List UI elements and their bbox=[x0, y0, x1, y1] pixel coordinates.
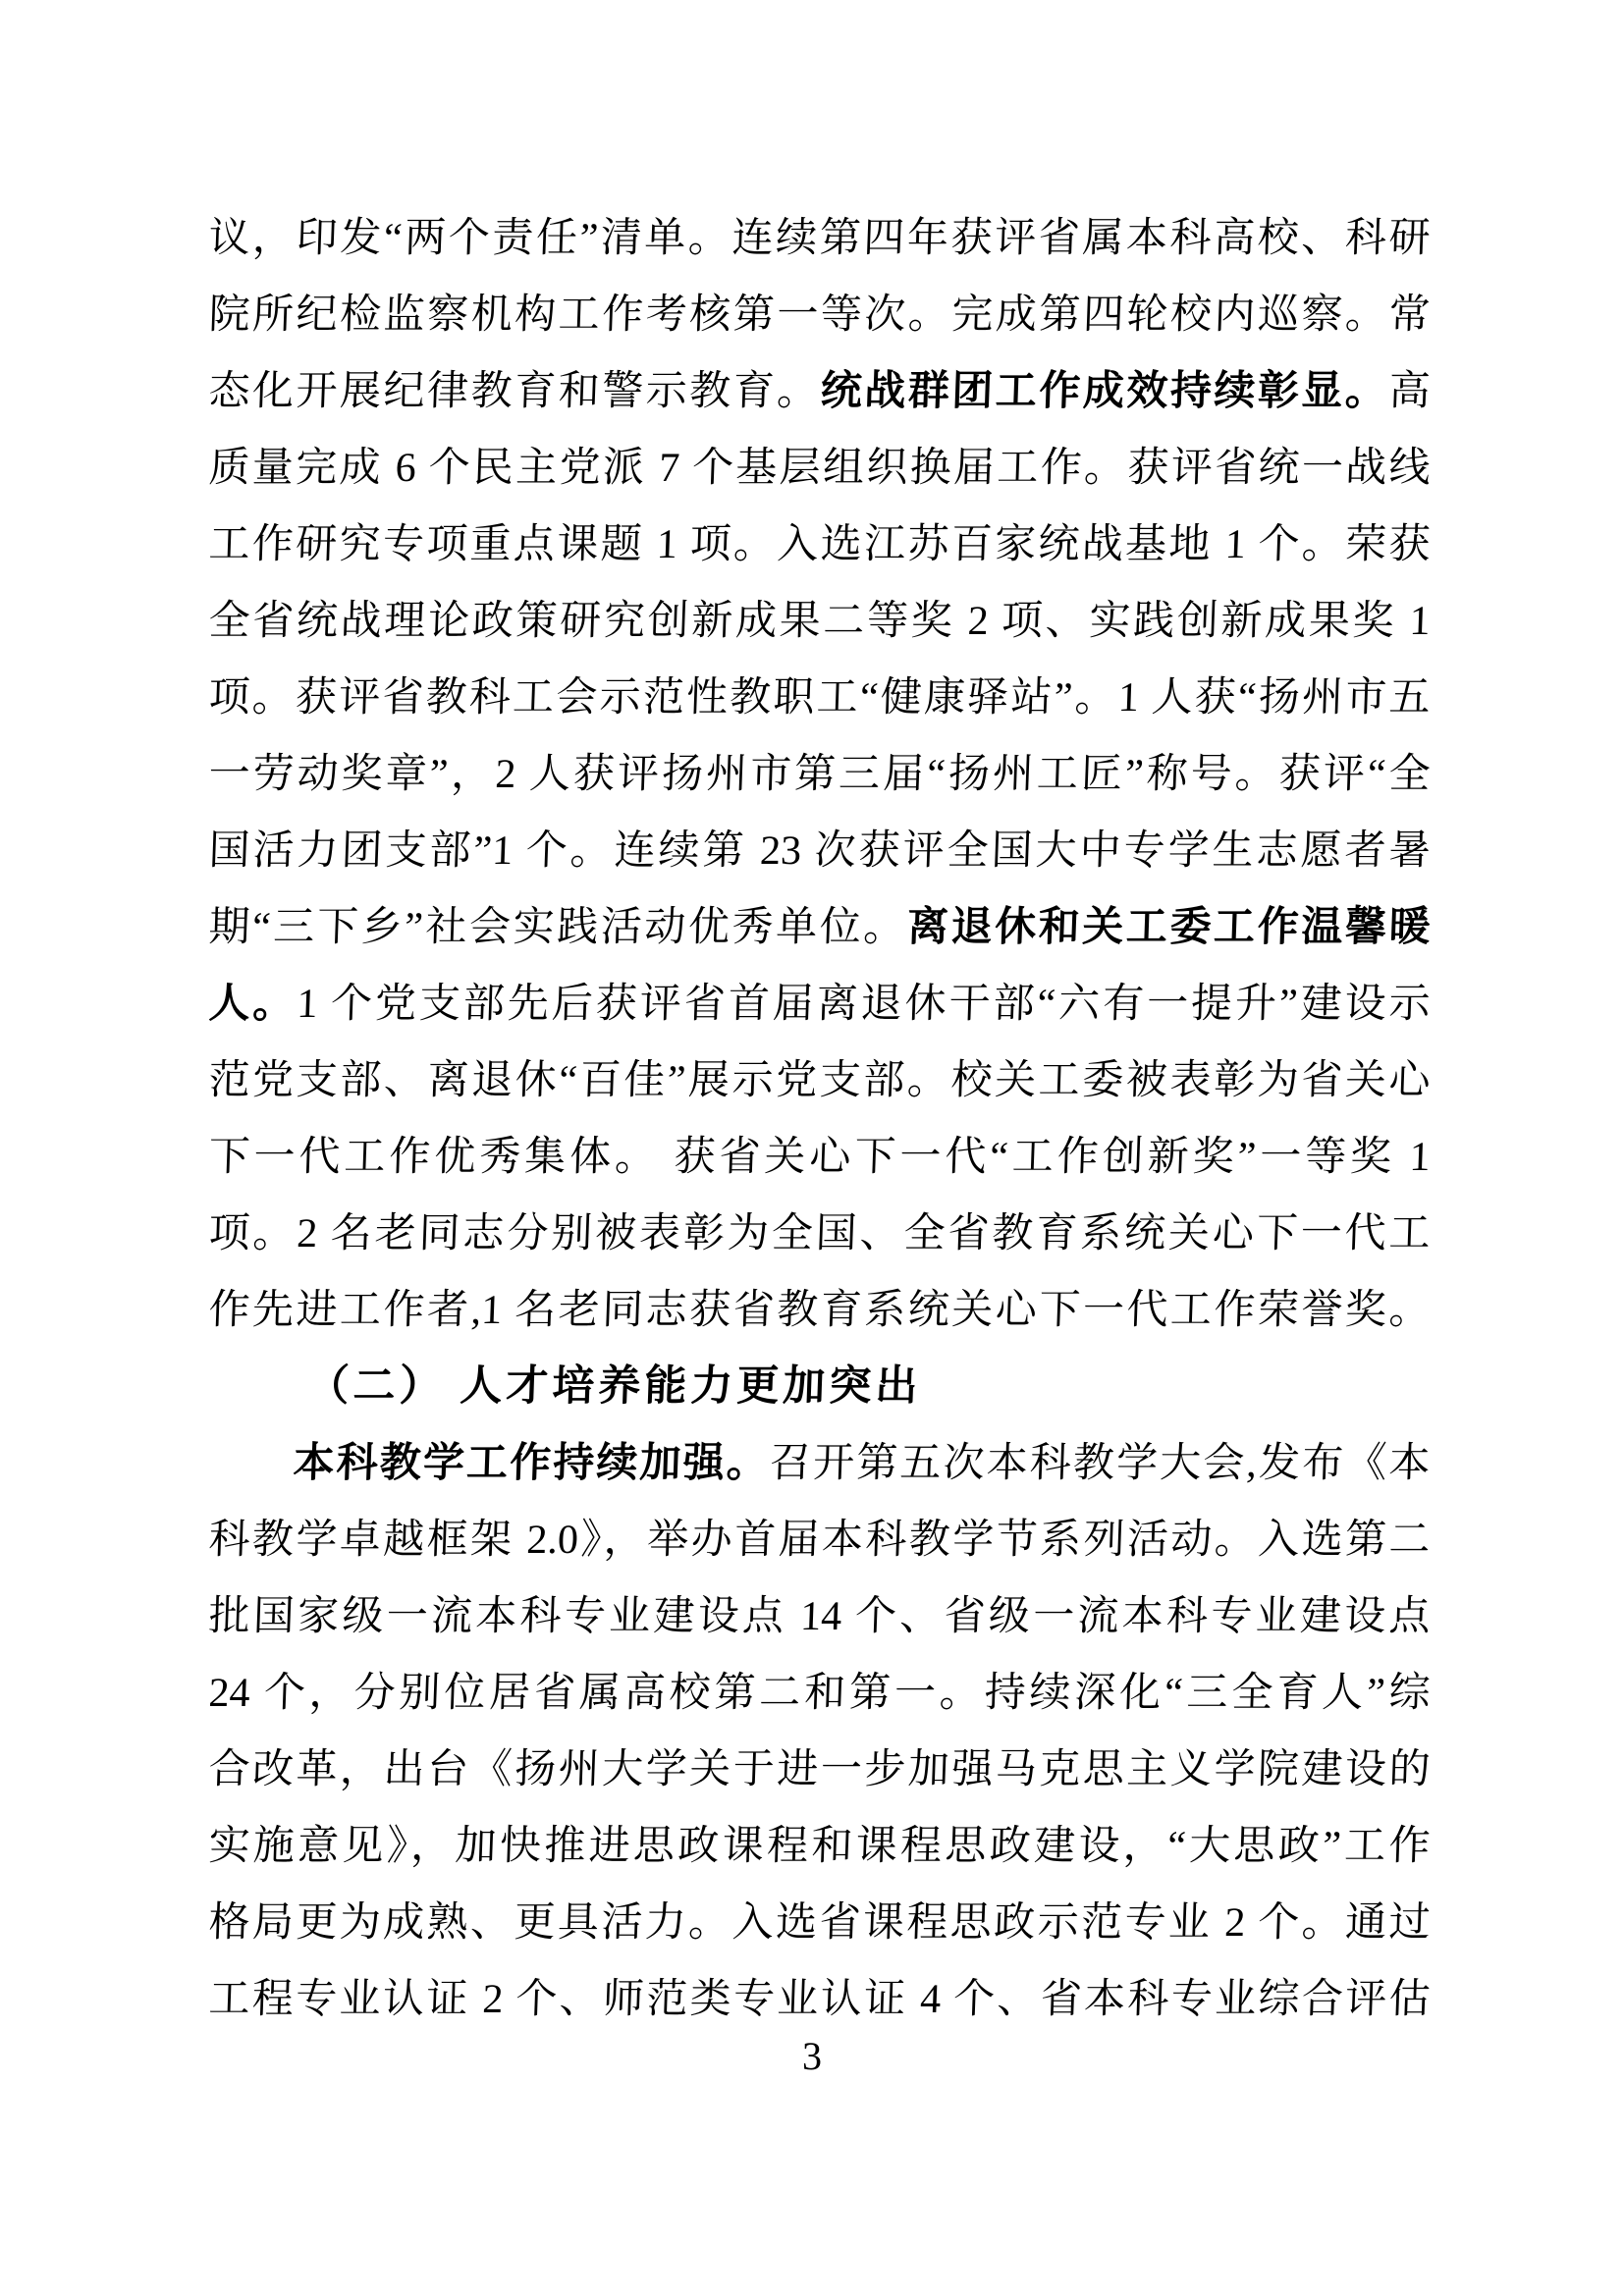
text-segment: 实施意见》，加快推进思政课程和课程思政建设，“大思政”工作 bbox=[208, 1824, 1432, 1869]
text-line: 科教学卓越框架 2.0》，举办首届本科教学节系列活动。入选第二 bbox=[207, 1502, 1432, 1578]
text-segment: 工程专业认证 2 个、师范类专业认证 4 个、省本科专业综合评估 bbox=[208, 1977, 1432, 2022]
text-segment: 工作研究专项重点课题 1 项。入选江苏百家统战基地 1 个。荣获 bbox=[208, 522, 1432, 567]
text-line: 工作研究专项重点课题 1 项。入选江苏百家统战基地 1 个。荣获 bbox=[207, 507, 1432, 583]
bold-text-segment: 离退休和关工委工作温馨暖 bbox=[906, 905, 1431, 950]
text-segment: 项。获评省教科工会示范性教职工“健康驿站”。1 人获“扬州市五 bbox=[208, 675, 1432, 721]
text-line: 本科教学工作持续加强。召开第五次本科教学大会,发布《本 bbox=[207, 1425, 1432, 1502]
text-segment: 范党支部、离退休“百佳”展示党支部。校关工委被表彰为省关心 bbox=[208, 1058, 1432, 1103]
text-segment: 24 个，分别位居省属高校第二和第一。持续深化“三全育人”综 bbox=[208, 1671, 1432, 1716]
text-line: 态化开展纪律教育和警示教育。统战群团工作成效持续彰显。高 bbox=[207, 353, 1432, 430]
text-segment: 科教学卓越框架 2.0》，举办首届本科教学节系列活动。入选第二 bbox=[208, 1518, 1432, 1563]
text-segment: 期“三下乡”社会实践活动优秀单位。 bbox=[208, 905, 908, 950]
text-segment: 院所纪检监察机构工作考核第一等次。完成第四轮校内巡察。常 bbox=[208, 293, 1432, 338]
text-line: 批国家级一流本科专业建设点 14 个、省级一流本科专业建设点 bbox=[207, 1578, 1432, 1655]
text-line: 作先进工作者,1 名老同志获省教育系统关心下一代工作荣誉奖。 bbox=[207, 1272, 1432, 1349]
text-line: 全省统战理论政策研究创新成果二等奖 2 项、实践创新成果奖 1 bbox=[207, 583, 1432, 660]
text-line: 项。获评省教科工会示范性教职工“健康驿站”。1 人获“扬州市五 bbox=[207, 660, 1432, 736]
text-line: 院所纪检监察机构工作考核第一等次。完成第四轮校内巡察。常 bbox=[207, 277, 1432, 353]
text-segment: 作先进工作者,1 名老同志获省教育系统关心下一代工作荣誉奖。 bbox=[208, 1288, 1432, 1333]
text-segment: 召开第五次本科教学大会,发布《本 bbox=[769, 1441, 1431, 1486]
bold-text-segment: 统战群团工作成效持续彰显。 bbox=[820, 369, 1389, 414]
text-line: 格局更为成熟、更具活力。入选省课程思政示范专业 2 个。通过 bbox=[207, 1885, 1432, 1961]
text-line: 议，印发“两个责任”清单。连续第四年获评省属本科高校、科研 bbox=[207, 200, 1432, 277]
bold-text-segment: 本科教学工作持续加强。 bbox=[293, 1441, 771, 1486]
text-line: 项。2 名老同志分别被表彰为全国、全省教育系统关心下一代工 bbox=[207, 1196, 1432, 1272]
text-segment: 质量完成 6 个民主党派 7 个基层组织换届工作。获评省统一战线 bbox=[208, 446, 1432, 491]
section-heading: （二） 人才培养能力更加突出 bbox=[207, 1349, 1432, 1425]
text-segment: 态化开展纪律教育和警示教育。 bbox=[208, 369, 822, 414]
text-line: 下一代工作优秀集体。 获省关心下一代“工作创新奖”一等奖 1 bbox=[207, 1119, 1432, 1196]
text-segment: 批国家级一流本科专业建设点 14 个、省级一流本科专业建设点 bbox=[208, 1594, 1432, 1639]
text-line: 24 个，分别位居省属高校第二和第一。持续深化“三全育人”综 bbox=[207, 1655, 1432, 1732]
text-line: 工程专业认证 2 个、师范类专业认证 4 个、省本科专业综合评估 bbox=[207, 1961, 1432, 2038]
text-segment: 议，印发“两个责任”清单。连续第四年获评省属本科高校、科研 bbox=[208, 216, 1432, 261]
text-line: 期“三下乡”社会实践活动优秀单位。离退休和关工委工作温馨暖 bbox=[207, 889, 1432, 966]
text-segment: （二） 人才培养能力更加突出 bbox=[306, 1363, 922, 1410]
bold-text-segment: 人。 bbox=[208, 982, 298, 1027]
text-segment: 合改革，出台《扬州大学关于进一步加强马克思主义学院建设的 bbox=[208, 1747, 1432, 1792]
text-line: 国活力团支部”1 个。连续第 23 次获评全国大中专学生志愿者暑 bbox=[207, 813, 1432, 889]
text-line: 合改革，出台《扬州大学关于进一步加强马克思主义学院建设的 bbox=[207, 1732, 1432, 1808]
text-segment: 项。2 名老同志分别被表彰为全国、全省教育系统关心下一代工 bbox=[208, 1211, 1432, 1256]
text-line: 实施意见》，加快推进思政课程和课程思政建设，“大思政”工作 bbox=[207, 1808, 1432, 1885]
text-segment: 下一代工作优秀集体。 获省关心下一代“工作创新奖”一等奖 1 bbox=[208, 1135, 1432, 1180]
text-line: 一劳动奖章”，2 人获评扬州市第三届“扬州工匠”称号。获评“全 bbox=[207, 736, 1432, 813]
document-body: 议，印发“两个责任”清单。连续第四年获评省属本科高校、科研院所纪检监察机构工作考… bbox=[208, 200, 1430, 2038]
text-segment: 高 bbox=[1388, 369, 1432, 414]
page-number: 3 bbox=[0, 2032, 1624, 2081]
text-segment: 国活力团支部”1 个。连续第 23 次获评全国大中专学生志愿者暑 bbox=[208, 828, 1432, 874]
text-line: 质量完成 6 个民主党派 7 个基层组织换届工作。获评省统一战线 bbox=[207, 430, 1432, 507]
text-segment: 全省统战理论政策研究创新成果二等奖 2 项、实践创新成果奖 1 bbox=[208, 599, 1432, 644]
text-segment: 一劳动奖章”，2 人获评扬州市第三届“扬州工匠”称号。获评“全 bbox=[208, 752, 1432, 797]
text-line: 人。1 个党支部先后获评省首届离退休干部“六有一提升”建设示 bbox=[207, 966, 1432, 1042]
text-segment: 格局更为成熟、更具活力。入选省课程思政示范专业 2 个。通过 bbox=[208, 1900, 1432, 1946]
document-page: 议，印发“两个责任”清单。连续第四年获评省属本科高校、科研院所纪检监察机构工作考… bbox=[0, 0, 1624, 2296]
text-line: 范党支部、离退休“百佳”展示党支部。校关工委被表彰为省关心 bbox=[207, 1042, 1432, 1119]
text-segment: 1 个党支部先后获评省首届离退休干部“六有一提升”建设示 bbox=[297, 982, 1432, 1027]
